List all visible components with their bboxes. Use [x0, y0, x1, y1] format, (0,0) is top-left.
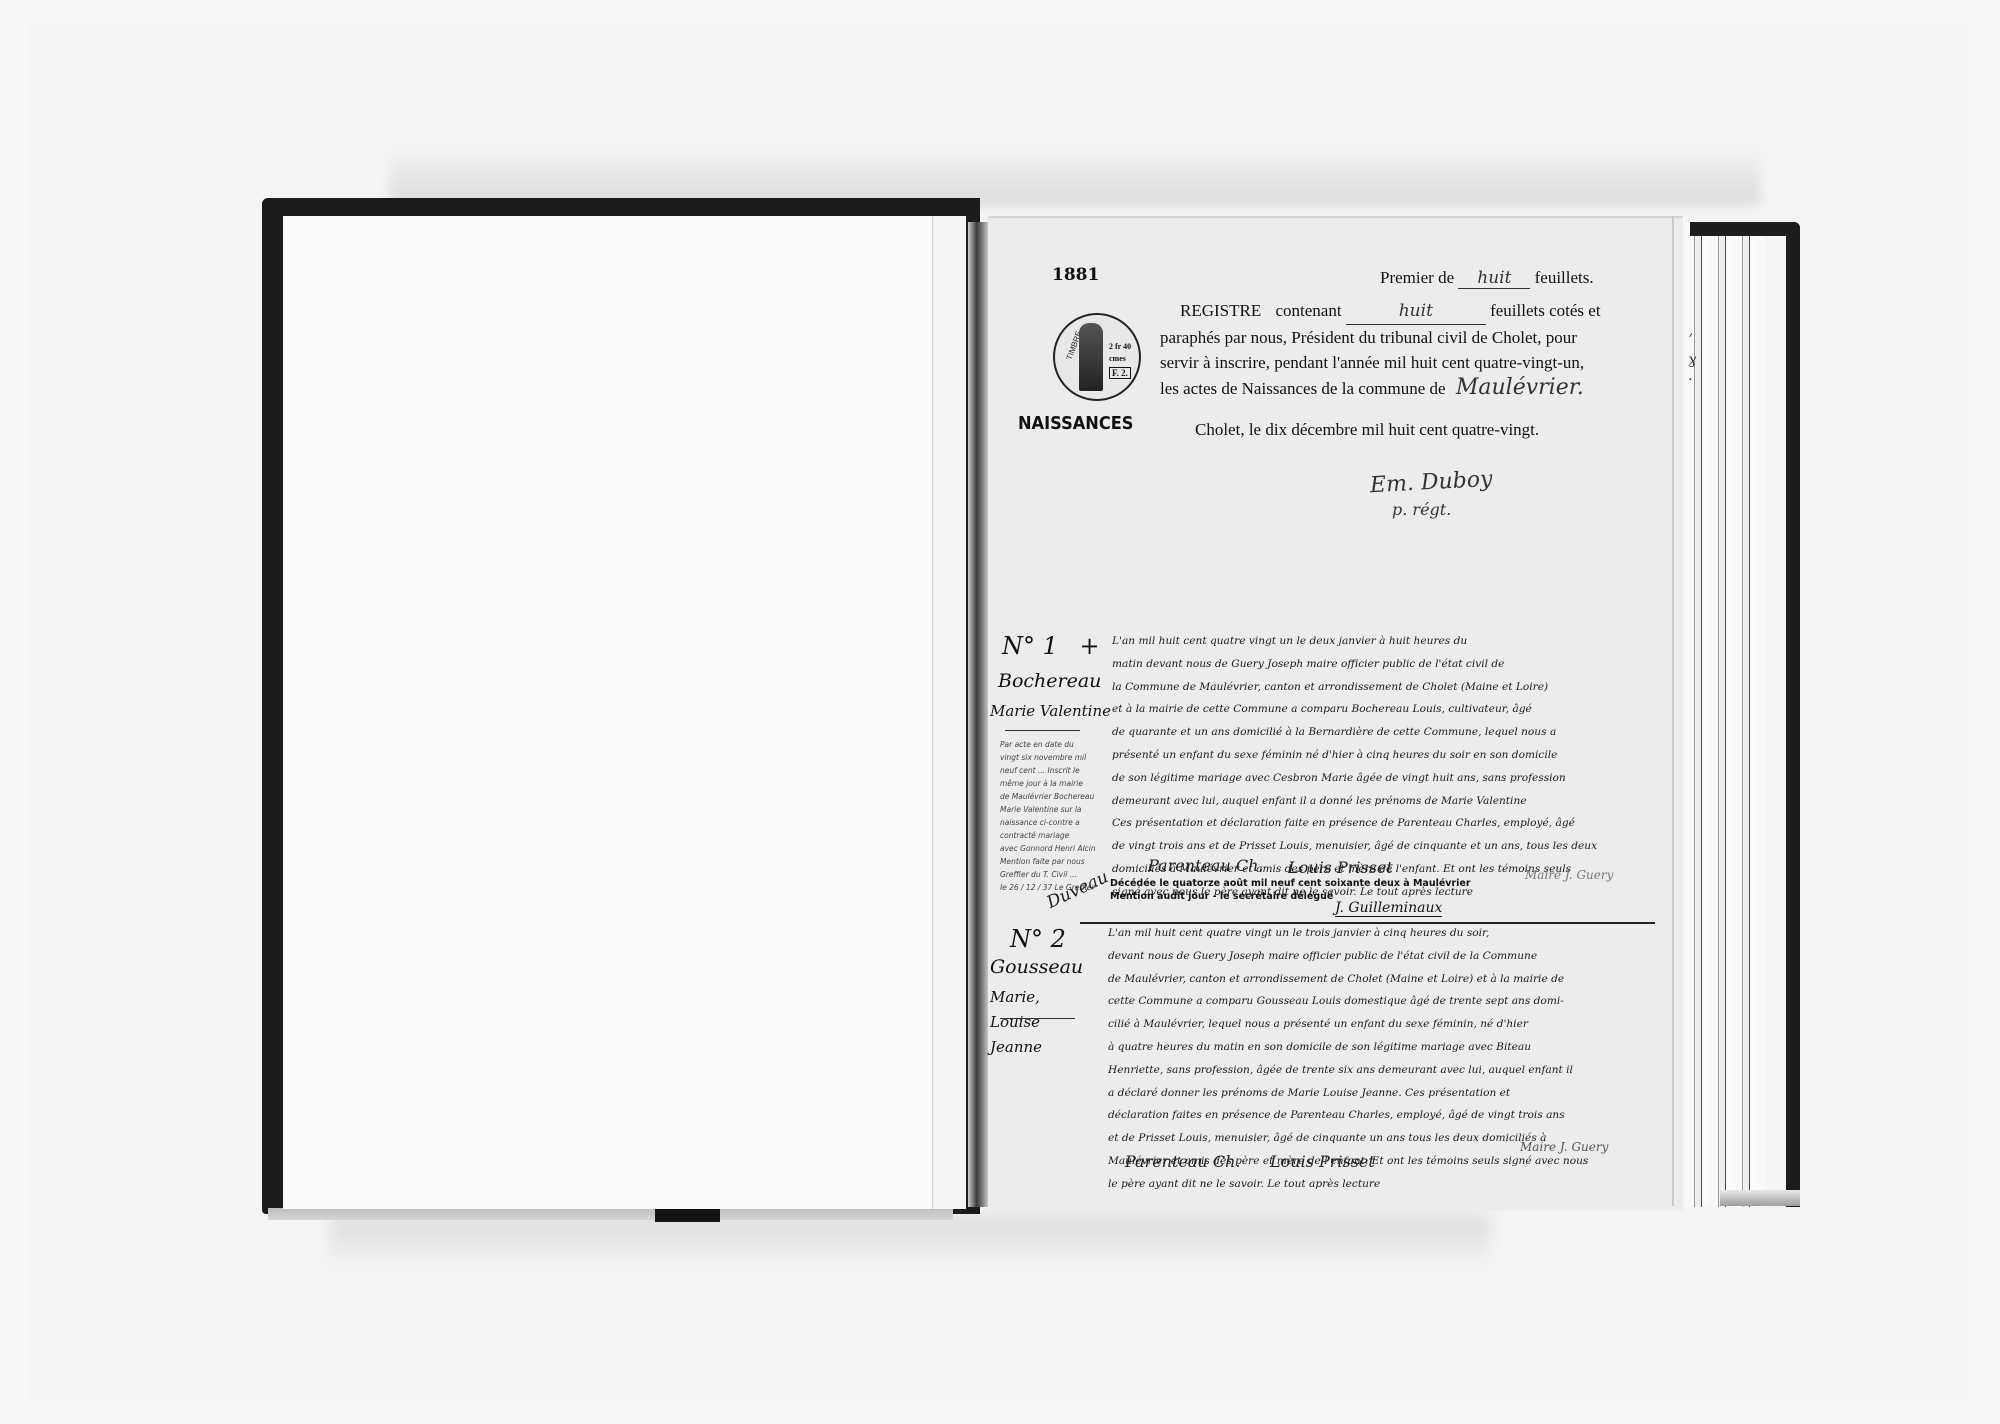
margin-note-line: avec Gonnord Henri Alcin	[1000, 842, 1110, 855]
act-line: demeurant avec lui, auquel enfant il a d…	[1112, 790, 1667, 813]
act-2-signature-witness-1: Parenteau Ch.	[1125, 1152, 1240, 1171]
act-1-annotation-signature: J. Guilleminaux	[1335, 900, 1442, 917]
cross-icon: +	[1066, 632, 1100, 660]
act-line: à quatre heures du matin en son domicile…	[1108, 1036, 1663, 1059]
act-line: de son légitime mariage avec Cesbron Mar…	[1112, 767, 1667, 790]
right-book-cover	[1690, 222, 1800, 1207]
margin-note-line: Marie Valentine sur la	[1000, 803, 1110, 816]
act-1-signature-witness-2: Louis Prisset	[1288, 858, 1393, 877]
act-line: présenté un enfant du sexe féminin né d'…	[1112, 744, 1667, 767]
act-line: de quarante et un ans domicilié à la Ber…	[1112, 721, 1667, 744]
register-year: 1881	[1052, 265, 1099, 285]
registre-label: REGISTRE	[1160, 301, 1261, 320]
page-edge-line	[1672, 216, 1674, 1206]
registre-text-2: paraphés par nous, Président du tribunal…	[1160, 328, 1577, 347]
act-line: cilié à Maulévrier, lequel nous a présen…	[1108, 1013, 1663, 1036]
act-line: de vingt trois ans et de Prisset Louis, …	[1112, 835, 1667, 858]
premier-feuillet-line: Premier de huit feuillets.	[1380, 268, 1594, 289]
act-1-surname: Bochereau	[998, 670, 1101, 692]
section-title: NAISSANCES	[1018, 413, 1133, 434]
margin-note-line: Par acte en date du	[1000, 738, 1110, 751]
registre-contenant: contenant	[1265, 301, 1341, 320]
registre-paragraph: REGISTRE contenant huit feuillets cotés …	[1160, 298, 1635, 401]
act-line: déclaration faites en présence de Parent…	[1108, 1104, 1663, 1127]
commune-handwritten: Maulévrier.	[1450, 375, 1584, 400]
margin-divider	[1005, 730, 1080, 731]
stamp-value-top: 2 fr 40 cmes	[1109, 341, 1137, 365]
act-line: matin devant nous de Guery Joseph maire …	[1112, 653, 1667, 676]
margin-note-line: naissance ci-contre a	[1000, 816, 1110, 829]
registre-count-handwritten: huit	[1346, 299, 1486, 325]
act-1-signature-witness-1: Parenteau Ch.	[1148, 856, 1263, 875]
act-line: L'an mil huit cent quatre vingt un le de…	[1112, 630, 1667, 653]
registre-text-3: servir à inscrire, pendant l'année mil h…	[1160, 353, 1584, 372]
act-line: cette Commune a comparu Gousseau Louis d…	[1108, 990, 1663, 1013]
premier-prefix: Premier de	[1380, 268, 1454, 287]
act-line: le père ayant dit ne le savoir. Le tout …	[1108, 1173, 1663, 1196]
left-flyleaf	[932, 216, 966, 1209]
place-date: Cholet, le dix décembre mil huit cent qu…	[1195, 420, 1539, 440]
registre-text-4: les actes de Naissances de la commune de	[1160, 379, 1446, 398]
margin-note-line: neuf cent ... Inscrit le	[1000, 764, 1110, 777]
stamp-value-bottom: F. 2.	[1109, 367, 1131, 379]
left-blank-page	[283, 216, 965, 1209]
book-gutter	[968, 222, 990, 1207]
president-signature-sub: p. régt.	[1392, 500, 1451, 519]
page-edge-marks: ʼɣ·	[1688, 330, 1696, 390]
margin-note-line: même jour à la mairie	[1000, 777, 1110, 790]
act-2-number: N° 2	[1010, 925, 1066, 953]
justice-figure-icon	[1079, 323, 1103, 391]
act-line: de Maulévrier, canton et arrondissement …	[1108, 968, 1663, 991]
margin-note-line: de Maulévrier Bochereau	[1000, 790, 1110, 803]
left-cover-bottom-edge	[268, 1208, 953, 1220]
act-2-given-names: Marie, Louise Jeanne	[990, 985, 1080, 1060]
book-shadow-top	[390, 145, 1760, 205]
act-line: Ces présentation et déclaration faite en…	[1112, 812, 1667, 835]
act-1-given-names: Marie Valentine	[990, 702, 1111, 720]
act-1-number: N° 1 +	[1002, 632, 1100, 660]
book-shadow-bottom	[330, 1215, 1490, 1270]
act-line: devant nous de Guery Joseph maire offici…	[1108, 945, 1663, 968]
act-2-surname: Gousseau	[990, 956, 1083, 978]
act-1-number-text: N° 1	[1002, 632, 1058, 660]
premier-suffix: feuillets.	[1535, 268, 1594, 287]
act-line: a déclaré donner les prénoms de Marie Lo…	[1108, 1082, 1663, 1105]
act-1-signature-mayor: Maire J. Guery	[1525, 868, 1613, 882]
act-line: Henriette, sans profession, âgée de tren…	[1108, 1059, 1663, 1082]
premier-count-handwritten: huit	[1458, 268, 1530, 289]
margin-note-line: contracté mariage	[1000, 829, 1110, 842]
act-2-signature-mayor: Maire J. Guery	[1520, 1140, 1608, 1154]
right-cover-bottom-edge	[1720, 1190, 1800, 1206]
act-2-signature-witness-2: Louis Prisset	[1270, 1152, 1375, 1171]
margin-note-line: Mention faite par nous	[1000, 855, 1110, 868]
act-line: et à la mairie de cette Commune a compar…	[1112, 698, 1667, 721]
act-line: la Commune de Maulévrier, canton et arro…	[1112, 676, 1667, 699]
tax-stamp: TIMBRE 2 fr 40 cmes F. 2.	[1053, 313, 1141, 401]
act-line: L'an mil huit cent quatre vingt un le tr…	[1108, 922, 1663, 945]
margin-note-line: vingt six novembre mil	[1000, 751, 1110, 764]
registre-text-1: feuillets cotés et	[1490, 301, 1600, 320]
margin-divider	[1000, 1018, 1075, 1019]
annotation-line: Décédée le quatorze août mil neuf cent s…	[1110, 877, 1471, 890]
